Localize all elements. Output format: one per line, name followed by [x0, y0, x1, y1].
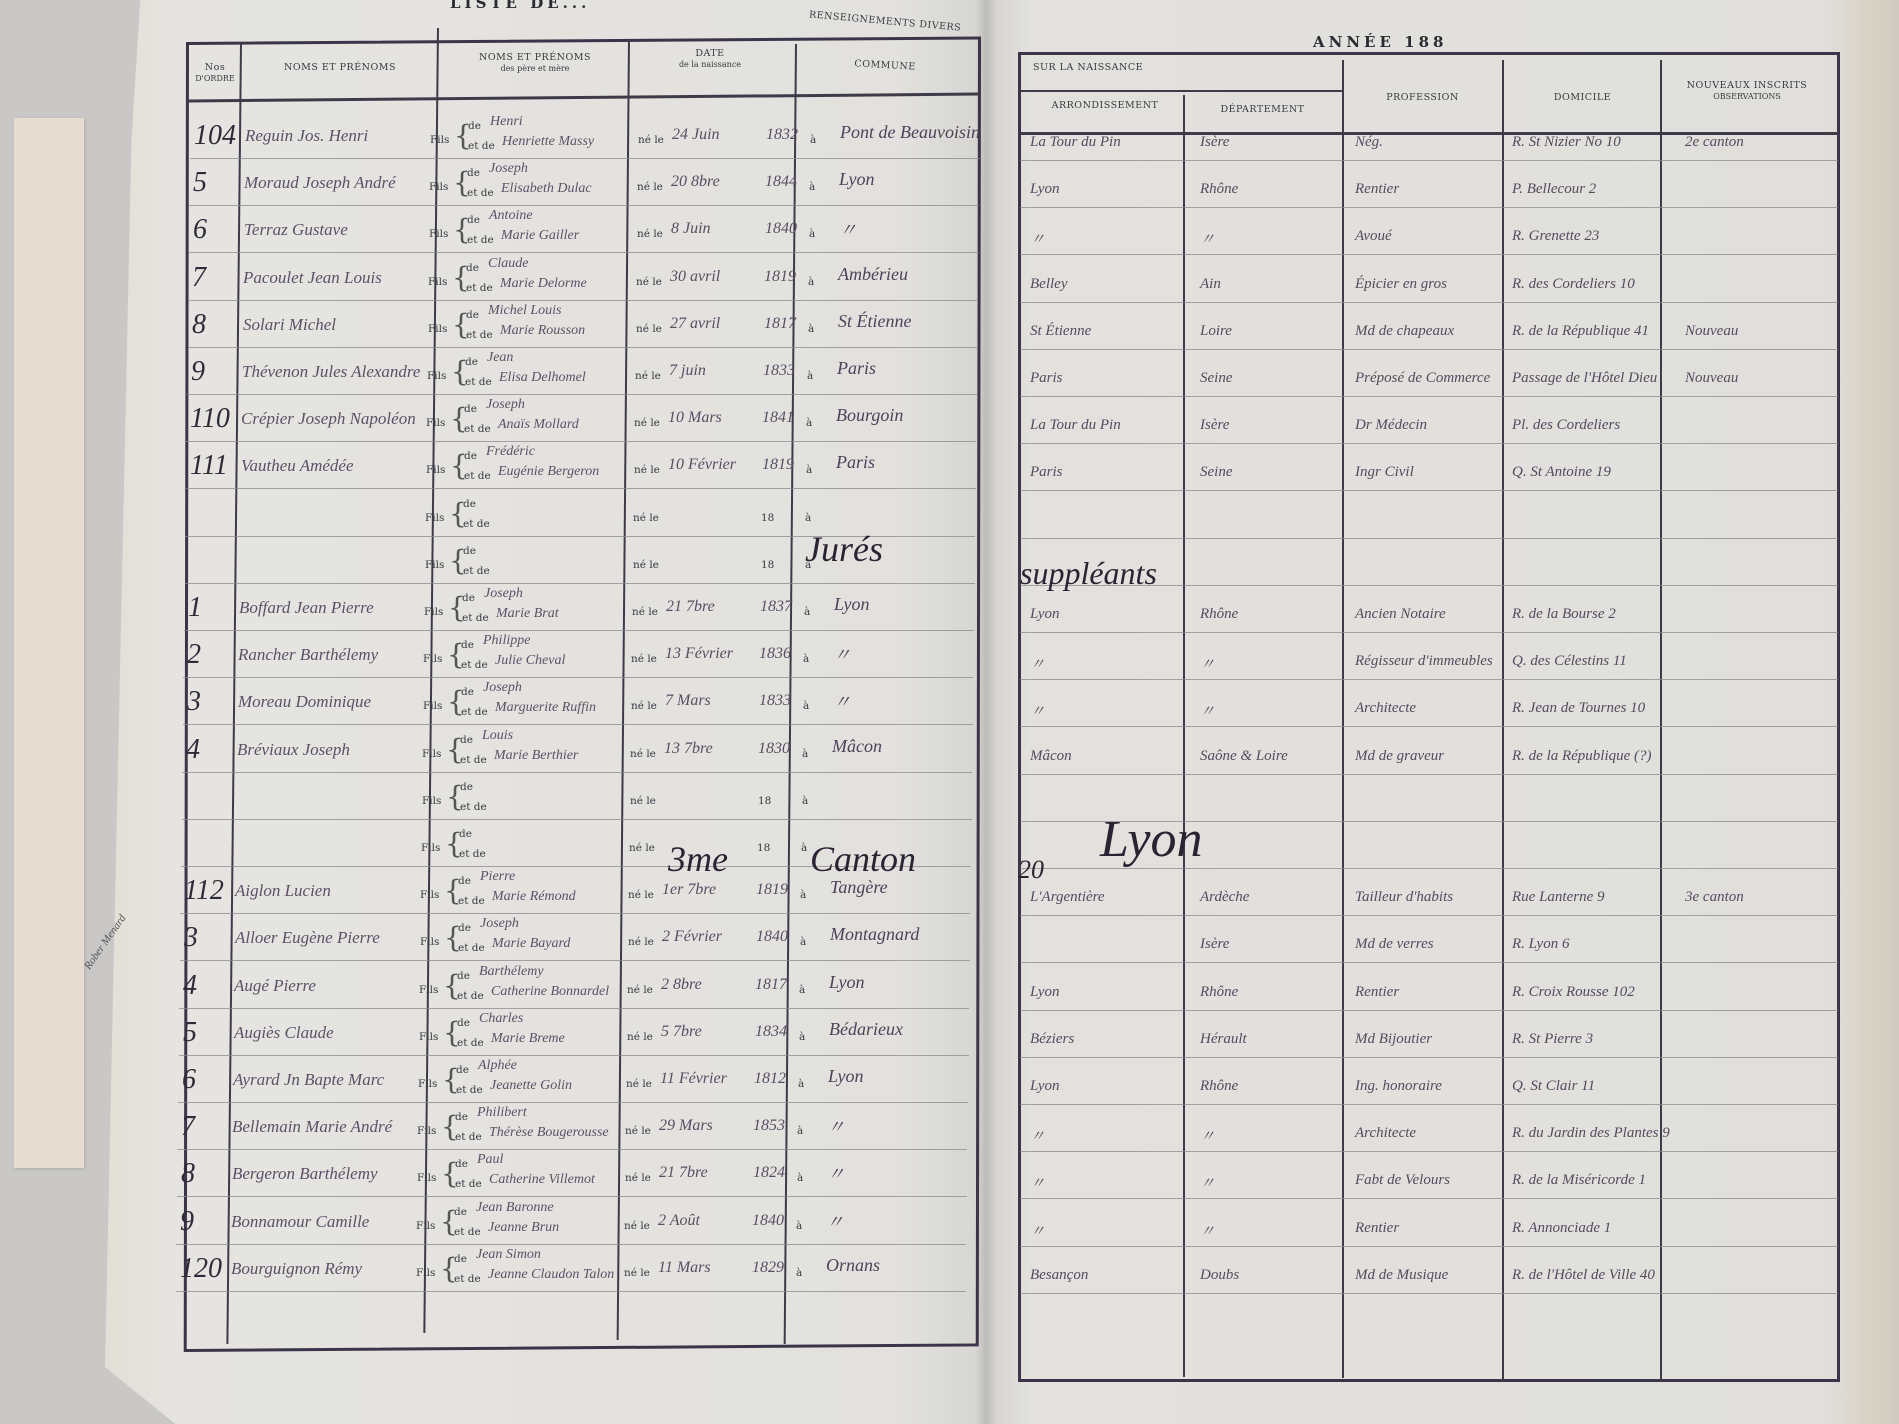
row-rule	[176, 1244, 966, 1245]
label-ne-le: né le	[633, 512, 659, 524]
row-rule	[1020, 774, 1838, 775]
domicile: Q. des Célestins 11	[1512, 653, 1627, 670]
label-fils: Fils	[417, 1125, 436, 1137]
label-fils: Fils	[425, 559, 444, 571]
label-fils: Fils	[426, 464, 445, 476]
entry-number: 6	[182, 1064, 196, 1096]
header-underline	[1020, 90, 1342, 92]
profession: Fabt de Velours	[1355, 1172, 1450, 1189]
entry-number: 110	[190, 403, 230, 435]
label-a: à	[807, 370, 813, 382]
row-rule	[1020, 254, 1838, 255]
label-a: à	[810, 134, 816, 146]
departement: Saône & Loire	[1200, 748, 1288, 765]
annotation-suppleants: suppléants	[1020, 555, 1157, 592]
arrondissement: La Tour du Pin	[1030, 134, 1121, 151]
entry-number: 120	[180, 1253, 222, 1285]
domicile: R. St Nizier No 10	[1512, 134, 1621, 151]
entry-number: 5	[193, 167, 207, 199]
label-de: de	[458, 875, 471, 887]
label-de: de	[454, 1206, 467, 1218]
birth-year: 1853	[753, 1117, 785, 1135]
father-name: Joseph	[480, 916, 519, 932]
entry-number: 8	[181, 1158, 195, 1190]
entry-name: Bréviaux Joseph	[237, 740, 350, 760]
label-fils: Fils	[419, 984, 438, 996]
mother-name: Jeanne Brun	[488, 1220, 559, 1236]
entry-name: Bergeron Barthélemy	[232, 1164, 378, 1184]
label-de: de	[467, 167, 480, 179]
row-rule	[1020, 538, 1838, 539]
domicile: R. de l'Hôtel de Ville 40	[1512, 1267, 1655, 1284]
entry-number: 5	[183, 1017, 197, 1049]
row-rule	[183, 724, 973, 725]
label-et-de: et de	[461, 659, 488, 671]
annotation-jures: Jurés	[805, 528, 883, 570]
birth-year: 1819	[764, 268, 796, 286]
label-de: de	[457, 970, 470, 982]
label-de: de	[457, 1017, 470, 1029]
domicile: Passage de l'Hôtel Dieu	[1512, 370, 1657, 387]
entry-name: Augiès Claude	[234, 1023, 334, 1043]
birth-date: 10 Février	[668, 456, 736, 474]
mother-name: Julie Cheval	[495, 653, 565, 669]
back-sheet	[14, 118, 84, 1168]
label-de: de	[459, 828, 472, 840]
birth-year: 1833	[759, 692, 791, 710]
label-a: à	[809, 228, 815, 240]
birth-commune: St Étienne	[838, 311, 911, 332]
father-name: Alphée	[478, 1058, 517, 1074]
label-ne-le: né le	[638, 134, 664, 146]
profession: Avoué	[1355, 228, 1392, 245]
mother-name: Marguerite Ruffin	[495, 700, 596, 716]
mother-name: Marie Bayard	[492, 936, 570, 952]
birth-year: 1834	[755, 1023, 787, 1041]
departement: Isère	[1200, 134, 1229, 151]
entry-name: Crépier Joseph Napoléon	[241, 409, 416, 429]
arrondissement: Besançon	[1030, 1267, 1088, 1284]
entry-name: Rancher Barthélemy	[238, 645, 378, 665]
entry-number: 3	[184, 922, 198, 954]
observation: Nouveau	[1685, 370, 1738, 387]
label-et-de: et de	[465, 376, 492, 388]
label-de: de	[460, 734, 473, 746]
label-et-de: et de	[464, 423, 491, 435]
entry-number: 9	[191, 356, 205, 388]
profession: Md Bijoutier	[1355, 1031, 1432, 1048]
profession: Ancien Notaire	[1355, 606, 1446, 623]
label-a: à	[800, 936, 806, 948]
label-et-de: et de	[466, 282, 493, 294]
entry-number: 9	[180, 1206, 194, 1238]
departement: Isère	[1200, 417, 1229, 434]
birth-commune: Paris	[836, 452, 875, 473]
label-ne-le: né le	[625, 1125, 651, 1137]
row-rule	[1020, 396, 1838, 397]
label-de: de	[465, 356, 478, 368]
birth-commune: Pont de Beauvoisin	[840, 122, 980, 143]
header-domicile: DOMICILE	[1505, 92, 1660, 104]
entry-name: Aiglon Lucien	[235, 881, 331, 901]
birth-commune: Montagnard	[830, 924, 919, 945]
entry-name: Reguin Jos. Henri	[245, 126, 368, 146]
domicile: R. St Pierre 3	[1512, 1031, 1593, 1048]
label-a: à	[802, 795, 808, 807]
label-ne-le: né le	[630, 748, 656, 760]
birth-commune: 〃	[833, 688, 851, 714]
label-ne-le: né le	[624, 1267, 650, 1279]
profession: Dr Médecin	[1355, 417, 1427, 434]
label-a: à	[797, 1172, 803, 1184]
row-rule	[178, 1102, 968, 1103]
entry-number: 112	[184, 875, 224, 907]
father-name: Antoine	[489, 208, 533, 224]
header-sur-la-naissance: SUR LA NAISSANCE	[1025, 62, 1193, 74]
label-a: à	[800, 889, 806, 901]
domicile: R. Annonciade 1	[1512, 1220, 1611, 1237]
label-a: à	[796, 1220, 802, 1232]
profession: Architecte	[1355, 700, 1416, 717]
arrondissement: Lyon	[1030, 181, 1060, 198]
arrondissement: 〃	[1030, 653, 1045, 674]
birth-date: 11 Février	[660, 1070, 727, 1088]
entry-number: 1	[188, 592, 202, 624]
label-a: à	[803, 700, 809, 712]
label-de: de	[464, 403, 477, 415]
profession: Rentier	[1355, 1220, 1399, 1237]
label-fils: Fils	[426, 417, 445, 429]
label-fils: Fils	[422, 795, 441, 807]
label-ne-le: né le	[634, 417, 660, 429]
birth-year: 1819	[756, 881, 788, 899]
label-fils: Fils	[423, 653, 442, 665]
father-name: Joseph	[489, 161, 528, 177]
mother-name: Anaïs Mollard	[498, 417, 579, 433]
birth-year: 1812	[754, 1070, 786, 1088]
father-name: Henri	[490, 114, 523, 130]
label-et-de: et de	[457, 990, 484, 1002]
row-rule	[182, 772, 972, 773]
arrondissement: 〃	[1030, 1172, 1045, 1193]
label-a: à	[798, 1078, 804, 1090]
row-rule	[189, 252, 979, 253]
label-fils: Fils	[420, 936, 439, 948]
birth-date: 20 8bre	[671, 173, 720, 191]
birth-commune: Lyon	[834, 594, 869, 615]
birth-date: 5 7bre	[661, 1023, 702, 1041]
label-de: de	[455, 1111, 468, 1123]
year-prefix: 18	[761, 512, 774, 524]
birth-date: 13 7bre	[664, 740, 713, 758]
entry-number: 6	[193, 214, 207, 246]
entry-name: Solari Michel	[243, 315, 336, 335]
label-ne-le: né le	[636, 276, 662, 288]
label-fils: Fils	[427, 370, 446, 382]
domicile: P. Bellecour 2	[1512, 181, 1596, 198]
header-arrondissement: ARRONDISSEMENT	[1025, 100, 1185, 112]
departement: Seine	[1200, 370, 1232, 387]
row-rule	[1020, 207, 1838, 208]
profession: Tailleur d'habits	[1355, 889, 1453, 906]
mother-name: Eugénie Bergeron	[498, 464, 599, 480]
label-et-de: et de	[458, 895, 485, 907]
departement: Rhône	[1200, 984, 1238, 1001]
departement: Rhône	[1200, 606, 1238, 623]
col-divider	[1502, 60, 1504, 1380]
label-a: à	[801, 842, 807, 854]
entry-name: Moreau Dominique	[238, 692, 371, 712]
birth-date: 27 avril	[670, 315, 720, 333]
row-rule	[186, 488, 976, 489]
arrondissement: St Étienne	[1030, 323, 1091, 340]
annotation-arr-20: 20	[1018, 855, 1044, 885]
row-rule	[1020, 1104, 1838, 1105]
father-name: Joseph	[483, 680, 522, 696]
mother-name: Marie Rémond	[492, 889, 576, 905]
entry-name: Vautheu Amédée	[241, 456, 354, 476]
arrondissement: 〃	[1030, 1125, 1045, 1146]
annotation-canton: Canton	[810, 838, 916, 880]
birth-date: 29 Mars	[659, 1117, 713, 1135]
departement: 〃	[1200, 228, 1215, 249]
label-de: de	[458, 922, 471, 934]
entry-number: 104	[194, 120, 236, 152]
father-name: Joseph	[486, 397, 525, 413]
row-rule	[1020, 1246, 1838, 1247]
father-name: Michel Louis	[488, 303, 562, 319]
row-rule	[177, 1196, 967, 1197]
header-parents: NOMS ET PRÉNOMSdes père et mère	[440, 52, 630, 75]
birth-year: 1817	[764, 315, 796, 333]
col-divider	[1183, 95, 1185, 1377]
label-a: à	[799, 984, 805, 996]
label-ne-le: né le	[629, 842, 655, 854]
header-num-ordre: NosD'ORDRE	[190, 62, 240, 85]
mother-name: Elisabeth Dulac	[501, 181, 592, 197]
domicile: R. Croix Rousse 102	[1512, 984, 1635, 1001]
domicile: Pl. des Cordeliers	[1512, 417, 1620, 434]
label-et-de: et de	[461, 706, 488, 718]
domicile: Q. St Antoine 19	[1512, 464, 1611, 481]
label-ne-le: né le	[626, 1078, 652, 1090]
birth-year: 1844	[765, 173, 797, 191]
profession: Md de verres	[1355, 936, 1434, 953]
birth-date: 24 Juin	[672, 126, 720, 144]
mother-name: Elisa Delhomel	[499, 370, 586, 386]
row-rule	[1020, 349, 1838, 350]
departement: 〃	[1200, 1125, 1215, 1146]
label-fils: Fils	[416, 1267, 435, 1279]
row-rule	[186, 441, 976, 442]
row-rule	[179, 1055, 969, 1056]
birth-commune: Mâcon	[832, 736, 882, 757]
departement: Isère	[1200, 936, 1229, 953]
label-ne-le: né le	[632, 606, 658, 618]
birth-commune: Ornans	[826, 1255, 880, 1276]
label-et-de: et de	[467, 234, 494, 246]
arrondissement: Mâcon	[1030, 748, 1072, 765]
birth-year: 1832	[766, 126, 798, 144]
col-divider	[1342, 60, 1344, 1378]
profession: Nég.	[1355, 134, 1383, 151]
birth-date: 13 Février	[665, 645, 733, 663]
birth-year: 1819	[762, 456, 794, 474]
birth-year: 1837	[760, 598, 792, 616]
entry-name: Terraz Gustave	[244, 220, 348, 240]
label-ne-le: né le	[628, 889, 654, 901]
domicile: R. Lyon 6	[1512, 936, 1569, 953]
arrondissement: Paris	[1030, 370, 1063, 387]
label-ne-le: né le	[633, 559, 659, 571]
label-ne-le: né le	[634, 464, 660, 476]
domicile: Rue Lanterne 9	[1512, 889, 1604, 906]
row-rule	[180, 960, 970, 961]
birth-year: 1840	[756, 928, 788, 946]
label-ne-le: né le	[636, 323, 662, 335]
domicile: R. Grenette 23	[1512, 228, 1599, 245]
profession: Md de graveur	[1355, 748, 1444, 765]
label-ne-le: né le	[635, 370, 661, 382]
father-name: Paul	[477, 1152, 503, 1168]
label-fils: Fils	[425, 512, 444, 524]
label-et-de: et de	[463, 565, 490, 577]
mother-name: Jeanette Golin	[490, 1078, 572, 1094]
birth-year: 1830	[758, 740, 790, 758]
header-profession: PROFESSION	[1345, 92, 1500, 104]
mother-name: Marie Rousson	[500, 323, 585, 339]
row-rule	[188, 300, 978, 301]
annotation-3me: 3me	[668, 838, 728, 880]
row-rule	[1020, 302, 1838, 303]
header-noms: NOMS ET PRÉNOMS	[245, 62, 435, 74]
label-de: de	[454, 1253, 467, 1265]
birth-commune: Lyon	[829, 972, 864, 993]
row-rule	[187, 394, 977, 395]
label-ne-le: né le	[630, 795, 656, 807]
label-de: de	[463, 545, 476, 557]
row-rule	[1020, 915, 1838, 916]
domicile: R. des Cordeliers 10	[1512, 276, 1635, 293]
label-a: à	[796, 1267, 802, 1279]
departement: 〃	[1200, 1172, 1215, 1193]
entry-name: Boffard Jean Pierre	[239, 598, 374, 618]
label-de: de	[464, 450, 477, 462]
entry-number: 2	[187, 639, 201, 671]
label-fils: Fils	[428, 276, 447, 288]
entry-name: Pacoulet Jean Louis	[243, 268, 382, 288]
departement: Rhône	[1200, 1078, 1238, 1095]
row-rule	[1020, 1293, 1838, 1294]
label-ne-le: né le	[624, 1220, 650, 1232]
profession: Ingr Civil	[1355, 464, 1414, 481]
profession: Rentier	[1355, 984, 1399, 1001]
label-et-de: et de	[455, 1131, 482, 1143]
row-rule	[1020, 632, 1838, 633]
entry-name: Bonnamour Camille	[231, 1212, 369, 1232]
label-fils: Fils	[429, 181, 448, 193]
row-rule	[183, 677, 973, 678]
label-et-de: et de	[467, 187, 494, 199]
label-a: à	[803, 653, 809, 665]
father-name: Barthélemy	[479, 964, 544, 980]
entry-name: Moraud Joseph André	[244, 173, 396, 193]
row-rule	[179, 1008, 969, 1009]
label-et-de: et de	[463, 518, 490, 530]
entry-name: Ayrard Jn Bapte Marc	[233, 1070, 384, 1090]
birth-date: 21 7bre	[666, 598, 715, 616]
label-ne-le: né le	[625, 1172, 651, 1184]
mother-name: Henriette Massy	[502, 134, 594, 150]
label-fils: Fils	[423, 700, 442, 712]
birth-year: 1836	[759, 645, 791, 663]
mother-name: Jeanne Claudon Talon	[488, 1267, 614, 1283]
label-fils: Fils	[428, 323, 447, 335]
birth-commune: 〃	[826, 1208, 844, 1234]
label-et-de: et de	[454, 1273, 481, 1285]
label-a: à	[797, 1125, 803, 1137]
birth-date: 10 Mars	[668, 409, 722, 427]
profession: Md de Musique	[1355, 1267, 1448, 1284]
domicile: Q. St Clair 11	[1512, 1078, 1595, 1095]
label-et-de: et de	[466, 329, 493, 341]
arrondissement: La Tour du Pin	[1030, 417, 1121, 434]
arrondissement: 〃	[1030, 700, 1045, 721]
arrondissement: Paris	[1030, 464, 1063, 481]
label-fils: Fils	[424, 606, 443, 618]
father-name: Joseph	[484, 586, 523, 602]
label-a: à	[804, 606, 810, 618]
birth-year: 1817	[755, 976, 787, 994]
label-ne-le: né le	[637, 228, 663, 240]
label-a: à	[806, 464, 812, 476]
birth-year: 1841	[762, 409, 794, 427]
arrondissement: Lyon	[1030, 984, 1060, 1001]
entry-number: 4	[186, 734, 200, 766]
birth-commune: 〃	[827, 1113, 845, 1139]
label-de: de	[461, 686, 474, 698]
label-ne-le: né le	[628, 936, 654, 948]
departement: 〃	[1200, 653, 1215, 674]
birth-commune: Bourgoin	[836, 405, 903, 426]
label-a: à	[806, 417, 812, 429]
row-rule	[190, 158, 980, 159]
mother-name: Marie Gailler	[501, 228, 579, 244]
header-date: DATEde la naissance	[630, 48, 790, 71]
entry-number: 3	[187, 686, 201, 718]
header-observations: NOUVEAUX INSCRITSOBSERVATIONS	[1662, 80, 1832, 103]
year-prefix: 18	[758, 795, 771, 807]
arrondissement: Lyon	[1030, 606, 1060, 623]
birth-date: 30 avril	[670, 268, 720, 286]
label-et-de: et de	[459, 848, 486, 860]
father-name: Pierre	[480, 869, 515, 885]
birth-commune: Paris	[837, 358, 876, 379]
row-rule	[185, 583, 975, 584]
birth-date: 21 7bre	[659, 1164, 708, 1182]
birth-commune: Bédarieux	[829, 1019, 903, 1040]
mother-name: Thérèse Bougerousse	[489, 1125, 609, 1141]
father-name: Philippe	[483, 633, 530, 649]
birth-commune: 〃	[833, 641, 851, 667]
birth-date: 2 Août	[658, 1212, 700, 1230]
observation: Nouveau	[1685, 323, 1738, 340]
label-et-de: et de	[462, 612, 489, 624]
row-rule	[1020, 1057, 1838, 1058]
entry-number: 8	[192, 309, 206, 341]
left-page-title: LISTE DE...	[450, 0, 590, 12]
mother-name: Marie Breme	[491, 1031, 565, 1047]
